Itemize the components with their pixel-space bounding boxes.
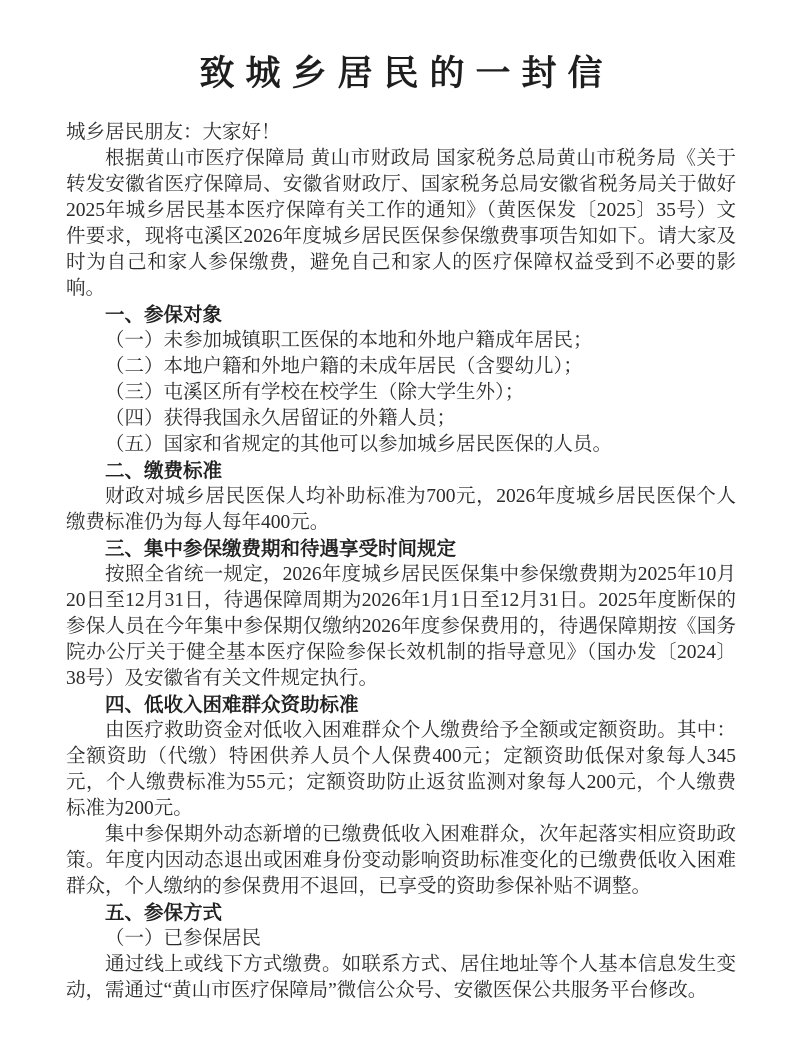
paragraph: 财政对城乡居民医保人均补助标准为700元，2026年度城乡居民医保个人缴费标准仍…	[66, 484, 736, 536]
paragraph: （一）未参加城镇职工医保的本地和外地户籍成年居民；	[66, 328, 736, 354]
section-heading: 五、参保方式	[66, 900, 736, 926]
document-title: 致城乡居民的一封信	[66, 46, 736, 96]
paragraph: （三）屯溪区所有学校在校学生（除大学生外）；	[66, 380, 736, 406]
paragraph: （五）国家和省规定的其他可以参加城乡居民医保的人员。	[66, 432, 736, 458]
paragraph: 集中参保期外动态新增的已缴费低收入困难群众，次年起落实相应资助政策。年度内因动态…	[66, 822, 736, 900]
section-heading: 二、缴费标准	[66, 458, 736, 484]
section-heading: 四、低收入困难群众资助标准	[66, 692, 736, 718]
paragraph: （一）已参保居民	[66, 926, 736, 952]
paragraph: （四）获得我国永久居留证的外籍人员；	[66, 406, 736, 432]
paragraph: 按照全省统一规定，2026年度城乡居民医保集中参保缴费期为2025年10月20日…	[66, 562, 736, 692]
document-body: 城乡居民朋友：大家好！根据黄山市医疗保障局 黄山市财政局 国家税务总局黄山市税务…	[66, 120, 736, 1004]
document-page: 致城乡居民的一封信 城乡居民朋友：大家好！根据黄山市医疗保障局 黄山市财政局 国…	[0, 0, 800, 1062]
paragraph: 由医疗救助资金对低收入困难群众个人缴费给予全额或定额资助。其中：全额资助（代缴）…	[66, 718, 736, 822]
salutation-line: 城乡居民朋友：大家好！	[66, 120, 736, 146]
paragraph: （二）本地户籍和外地户籍的未成年居民（含婴幼儿）；	[66, 354, 736, 380]
paragraph: 根据黄山市医疗保障局 黄山市财政局 国家税务总局黄山市税务局《关于转发安徽省医疗…	[66, 146, 736, 302]
paragraph: 通过线上或线下方式缴费。如联系方式、居住地址等个人基本信息发生变动，需通过“黄山…	[66, 952, 736, 1004]
section-heading: 一、参保对象	[66, 302, 736, 328]
section-heading: 三、集中参保缴费期和待遇享受时间规定	[66, 536, 736, 562]
